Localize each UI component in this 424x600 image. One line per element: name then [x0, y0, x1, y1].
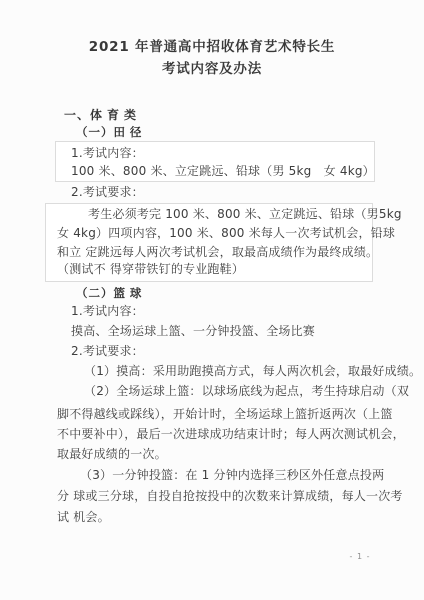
basketball-requirements-line: （1）摸高：采用助跑摸高方式，每人两次机会，取最好成绩。 [84, 364, 421, 379]
track-requirements-line: 考生必须考完 100 米、800 米、立定跳远、铅球（男5kg [88, 207, 402, 222]
track-requirements-line: 和立 定跳远每人两次考试机会，取最高成绩作为最终成绩。 [57, 245, 378, 260]
track-requirements-line: 女 4kg）四项内容，100 米、800 米每人一次考试机会，铅球 [57, 226, 395, 241]
section-heading-sports: 一、体 育 类 [64, 108, 137, 123]
document-page: 2021 年普通高中招收体育艺术特长生 考试内容及办法 一、体 育 类 （一）田… [0, 0, 424, 600]
subsection-heading-basketball: （二）篮 球 [76, 287, 142, 302]
basketball-requirements-line: 不中要补中），最后一次进球成功结束计时；每人两次测试机会， [57, 427, 405, 442]
basketball-requirements-line: （2）全场运球上篮：以球场底线为起点，考生持球启动（双 [84, 384, 409, 399]
basketball-requirements-line: 试 机会。 [57, 510, 110, 525]
track-content-text: 100 米、800 米、立定跳远、铅球（男 5kg 女 4kg） [71, 164, 375, 179]
basketball-requirements-line: 取最好成绩的一次。 [57, 447, 167, 462]
track-content-label: 1.考试内容： [71, 146, 144, 161]
subsection-heading-track: （一）田 径 [76, 126, 142, 141]
basketball-requirements-line: 脚不得越线或踩线），开始计时，全场运球上篮折返两次（上篮 [57, 407, 393, 422]
document-title-line1: 2021 年普通高中招收体育艺术特长生 [0, 40, 424, 55]
document-title-line2: 考试内容及办法 [0, 62, 424, 77]
basketball-requirements-line: 分 球或三分球，自投自抢按投中的次数来计算成绩，每人一次考 [57, 489, 403, 504]
basketball-requirements-line: （3）一分钟投篮：在 1 分钟内选择三秒区外任意点投两 [80, 468, 384, 483]
track-requirements-label: 2.考试要求： [71, 185, 144, 200]
basketball-content-text: 摸高、全场运球上篮、一分钟投篮、全场比赛 [71, 324, 315, 339]
basketball-requirements-label: 2.考试要求： [71, 344, 144, 359]
basketball-content-label: 1.考试内容： [71, 304, 144, 319]
page-number: - 1 - [338, 549, 382, 564]
track-requirements-line: （测试不 得穿带铁钉的专业跑鞋） [57, 262, 244, 277]
